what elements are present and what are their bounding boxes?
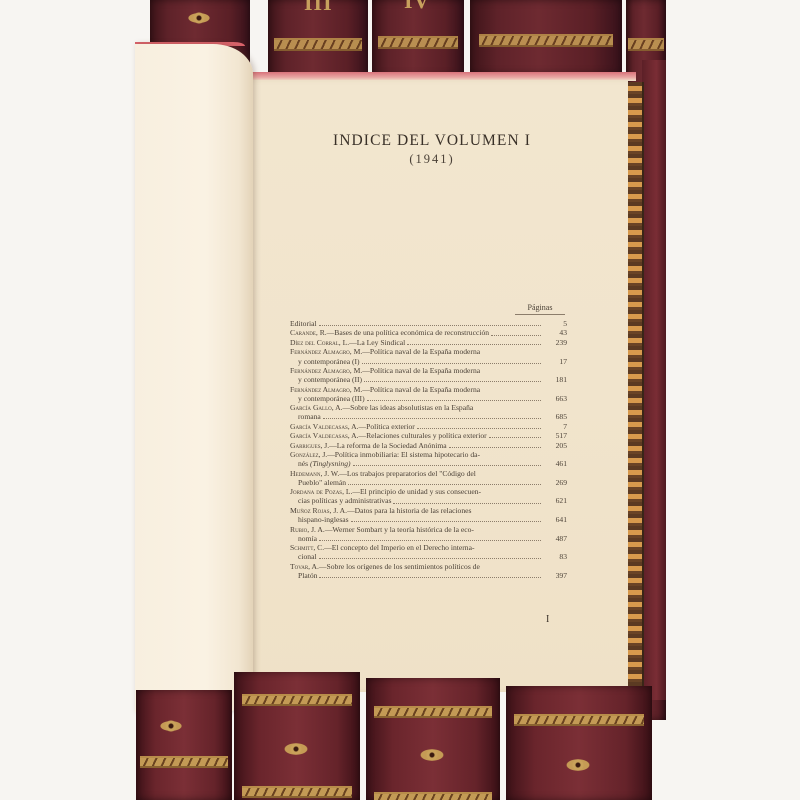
toc-title: —Política naval de la España moderna bbox=[362, 385, 480, 394]
book-cover-edge bbox=[642, 60, 666, 700]
toc-entry: Rubio, J. A.—Werner Sombart y la teoría … bbox=[290, 525, 567, 543]
toc-title: —Política naval de la España moderna bbox=[362, 347, 480, 356]
toc-author: Hedemann, J. W. bbox=[290, 469, 339, 478]
toc-author: Fernández Almagro, M. bbox=[290, 385, 362, 394]
gilt-band bbox=[628, 38, 663, 51]
toc-entry: González, J.—Política inmobiliaria: El s… bbox=[290, 450, 567, 468]
toc-title: romana bbox=[298, 412, 321, 421]
toc-entry: Fernández Almagro, M.—Política naval de … bbox=[290, 347, 567, 365]
index-title: INDICE DEL VOLUMEN I bbox=[236, 132, 628, 150]
gilt-band bbox=[374, 706, 492, 718]
book-spine-back-4 bbox=[470, 0, 622, 74]
toc-author: García Valdecasas, A. bbox=[290, 422, 359, 431]
book-spine-back-2: III bbox=[268, 0, 368, 80]
toc-page-number: 269 bbox=[543, 478, 567, 487]
leader-dots bbox=[362, 363, 541, 364]
toc-author: Rubio, J. A. bbox=[290, 525, 325, 534]
toc-page-number: 181 bbox=[543, 375, 567, 384]
leader-dots bbox=[319, 540, 541, 541]
leader-dots bbox=[364, 381, 541, 382]
toc-page-number: 397 bbox=[543, 571, 567, 580]
toc-author: Tovar, A. bbox=[290, 562, 319, 571]
toc-title: cias políticas y administrativas bbox=[298, 496, 391, 505]
book-spine-front-1 bbox=[136, 690, 232, 800]
toc-title: y contemporánea (I) bbox=[298, 357, 360, 366]
gilt-page-edge bbox=[628, 82, 644, 692]
toc-author: Schmitt, C. bbox=[290, 543, 324, 552]
toc-author: Díez del Corral, L. bbox=[290, 338, 349, 347]
toc-title: hispano-inglesas bbox=[298, 515, 349, 524]
toc-title: —Bases de una política económica de reco… bbox=[327, 328, 489, 337]
gilt-band bbox=[242, 786, 352, 798]
toc-page-number: 685 bbox=[543, 412, 567, 421]
toc-title: y contemporánea (II) bbox=[298, 375, 362, 384]
toc-page-number: 461 bbox=[543, 459, 567, 468]
gilt-ornament-icon bbox=[186, 12, 212, 24]
toc-title: —Sobre los orígenes de los sentimientos … bbox=[319, 562, 480, 571]
toc-page-number: 17 bbox=[543, 357, 567, 366]
column-header-pages: Páginas bbox=[515, 303, 565, 315]
leader-dots bbox=[319, 325, 541, 326]
leader-dots bbox=[491, 335, 541, 336]
toc-page-number: 663 bbox=[543, 394, 567, 403]
toc-author: García Gallo, A. bbox=[290, 403, 343, 412]
toc-entry: Editorial5 bbox=[290, 319, 567, 328]
leader-dots bbox=[319, 558, 541, 559]
toc-author: González, J. bbox=[290, 450, 327, 459]
gilt-ornament-icon bbox=[418, 748, 446, 762]
toc-title: nomía bbox=[298, 534, 317, 543]
volume-numeral: IV bbox=[404, 0, 430, 14]
gilt-ornament-icon bbox=[564, 758, 592, 772]
gilt-band bbox=[242, 694, 352, 706]
leader-dots bbox=[367, 400, 541, 401]
leader-dots bbox=[351, 521, 541, 522]
leader-dots bbox=[489, 437, 541, 438]
toc-entry: Tovar, A.—Sobre los orígenes de los sent… bbox=[290, 562, 567, 580]
book-spine-back-3: IV bbox=[372, 0, 464, 76]
page-folio: I bbox=[546, 614, 549, 625]
toc-page-number: 239 bbox=[543, 338, 567, 347]
toc-entry: Hedemann, J. W.—Los trabajos preparatori… bbox=[290, 469, 567, 487]
toc-title: —Relaciones culturales y política exteri… bbox=[359, 431, 487, 440]
toc-entry: Garrigues, J.—La reforma de la Sociedad … bbox=[290, 441, 567, 450]
toc-title: —El principio de unidad y sus consecuen- bbox=[352, 487, 481, 496]
toc-entry: Fernández Almagro, M.—Política naval de … bbox=[290, 366, 567, 384]
gilt-band bbox=[378, 36, 459, 49]
toc-entry: Fernández Almagro, M.—Política naval de … bbox=[290, 385, 567, 403]
toc-page-number: 7 bbox=[543, 422, 567, 431]
gilt-ornament-icon bbox=[158, 720, 184, 732]
book-spine-front-3 bbox=[366, 678, 500, 800]
toc-title: Editorial bbox=[290, 319, 317, 328]
toc-entry: Schmitt, C.—El concepto del Imperio en e… bbox=[290, 543, 567, 561]
gilt-band bbox=[479, 34, 613, 47]
toc-title: —La Ley Sindical bbox=[349, 338, 405, 347]
volume-numeral: III bbox=[304, 0, 333, 16]
toc-author: Jordana de Pozas, L. bbox=[290, 487, 352, 496]
leader-dots bbox=[348, 484, 541, 485]
toc-entry: García Valdecasas, A.—Relaciones cultura… bbox=[290, 431, 567, 440]
toc-title: —El concepto del Imperio en el Derecho i… bbox=[324, 543, 474, 552]
toc-page-number: 621 bbox=[543, 496, 567, 505]
leader-dots bbox=[323, 418, 541, 419]
toc-page-number: 641 bbox=[543, 515, 567, 524]
index-year: (1941) bbox=[236, 152, 628, 167]
book-spine-front-4 bbox=[506, 686, 652, 800]
leader-dots bbox=[417, 428, 541, 429]
leader-dots bbox=[449, 447, 541, 448]
toc-title: y contemporánea (III) bbox=[298, 394, 365, 403]
toc-title: Pueblo" alemán bbox=[298, 478, 346, 487]
toc-page-number: 517 bbox=[543, 431, 567, 440]
toc-author: Muñoz Rojas, J. A. bbox=[290, 506, 347, 515]
toc-page-number: 205 bbox=[543, 441, 567, 450]
toc-entry: Jordana de Pozas, L.—El principio de uni… bbox=[290, 487, 567, 505]
book-spine-front-2 bbox=[234, 672, 360, 800]
toc-entry: Díez del Corral, L.—La Ley Sindical239 bbox=[290, 338, 567, 347]
toc-title: —Werner Sombart y la teoría histórica de… bbox=[325, 525, 474, 534]
leader-dots bbox=[407, 344, 541, 345]
table-of-contents: Editorial5Carande, R.—Bases de una polít… bbox=[290, 319, 567, 580]
leader-dots bbox=[393, 503, 541, 504]
gilt-band bbox=[514, 714, 644, 726]
toc-author: Fernández Almagro, M. bbox=[290, 366, 362, 375]
toc-title-italic: (Tinglysning) bbox=[308, 459, 350, 468]
toc-title: —Política exterior bbox=[359, 422, 415, 431]
toc-page-number: 487 bbox=[543, 534, 567, 543]
toc-page-number: 83 bbox=[543, 552, 567, 561]
gilt-band bbox=[374, 792, 492, 800]
toc-author: Carande, R. bbox=[290, 328, 327, 337]
leader-dots bbox=[353, 465, 541, 466]
toc-title: —Datos para la historia de las relacione… bbox=[347, 506, 471, 515]
toc-entry: García Gallo, A.—Sobre las ideas absolut… bbox=[290, 403, 567, 421]
toc-page-number: 43 bbox=[543, 328, 567, 337]
gilt-band bbox=[274, 38, 362, 51]
gilt-ornament-icon bbox=[282, 742, 310, 756]
toc-title: cional bbox=[298, 552, 317, 561]
toc-title: Platón bbox=[298, 571, 317, 580]
toc-title: —Los trabajos preparatorios del "Código … bbox=[339, 469, 476, 478]
toc-title: —Política inmobiliaria: El sistema hipot… bbox=[327, 450, 480, 459]
toc-title: —Política naval de la España moderna bbox=[362, 366, 480, 375]
toc-entry: Carande, R.—Bases de una política económ… bbox=[290, 328, 567, 337]
toc-title: nés bbox=[298, 459, 308, 468]
toc-entry: García Valdecasas, A.—Política exterior7 bbox=[290, 422, 567, 431]
toc-entry: Muñoz Rojas, J. A.—Datos para la histori… bbox=[290, 506, 567, 524]
gilt-band bbox=[140, 756, 228, 768]
toc-author: García Valdecasas, A. bbox=[290, 431, 359, 440]
toc-author: Fernández Almagro, M. bbox=[290, 347, 362, 356]
leader-dots bbox=[319, 577, 541, 578]
toc-author: Garrigues, J. bbox=[290, 441, 329, 450]
toc-title: —Sobre las ideas absolutistas en la Espa… bbox=[343, 403, 474, 412]
toc-page-number: 5 bbox=[543, 319, 567, 328]
toc-title: —La reforma de la Sociedad Anónima bbox=[329, 441, 446, 450]
